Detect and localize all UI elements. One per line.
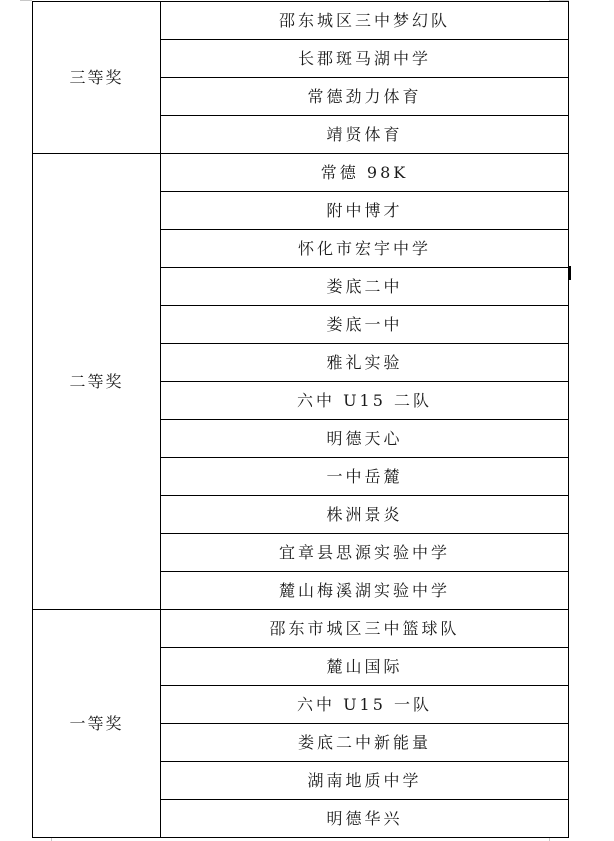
team-cell: 雅礼实验 xyxy=(161,344,569,382)
team-cell: 邵东城区三中梦幻队 xyxy=(161,2,569,40)
team-cell: 株洲景炎 xyxy=(161,496,569,534)
prize-cell-third: 三等奖 xyxy=(33,2,161,154)
team-cell: 宜章县思源实验中学 xyxy=(161,534,569,572)
team-cell: 六中 U15 一队 xyxy=(161,686,569,724)
team-cell: 娄底二中 xyxy=(161,268,569,306)
awards-table: 三等奖 邵东城区三中梦幻队 长郡斑马湖中学 常德劲力体育 靖贤体育 二等奖 常德… xyxy=(32,1,569,838)
team-cell: 常德劲力体育 xyxy=(161,78,569,116)
team-cell: 明德华兴 xyxy=(161,800,569,838)
prize-cell-second: 二等奖 xyxy=(33,154,161,610)
team-cell: 常德 98K xyxy=(161,154,569,192)
team-cell: 娄底一中 xyxy=(161,306,569,344)
team-cell: 怀化市宏宇中学 xyxy=(161,230,569,268)
crop-mark-top-left xyxy=(20,0,32,1)
team-cell: 明德天心 xyxy=(161,420,569,458)
team-cell: 麓山国际 xyxy=(161,648,569,686)
team-cell: 邵东市城区三中篮球队 xyxy=(161,610,569,648)
table-row: 一等奖 邵东市城区三中篮球队 xyxy=(33,610,569,648)
text-cursor xyxy=(569,266,571,280)
team-cell: 麓山梅溪湖实验中学 xyxy=(161,572,569,610)
team-cell: 长郡斑马湖中学 xyxy=(161,40,569,78)
team-cell: 湖南地质中学 xyxy=(161,762,569,800)
team-cell: 一中岳麓 xyxy=(161,458,569,496)
team-cell: 靖贤体育 xyxy=(161,116,569,154)
prize-cell-first: 一等奖 xyxy=(33,610,161,838)
table-row: 二等奖 常德 98K xyxy=(33,154,569,192)
team-cell: 附中博才 xyxy=(161,192,569,230)
table-row: 三等奖 邵东城区三中梦幻队 xyxy=(33,2,569,40)
team-cell: 娄底二中新能量 xyxy=(161,724,569,762)
team-cell: 六中 U15 二队 xyxy=(161,382,569,420)
